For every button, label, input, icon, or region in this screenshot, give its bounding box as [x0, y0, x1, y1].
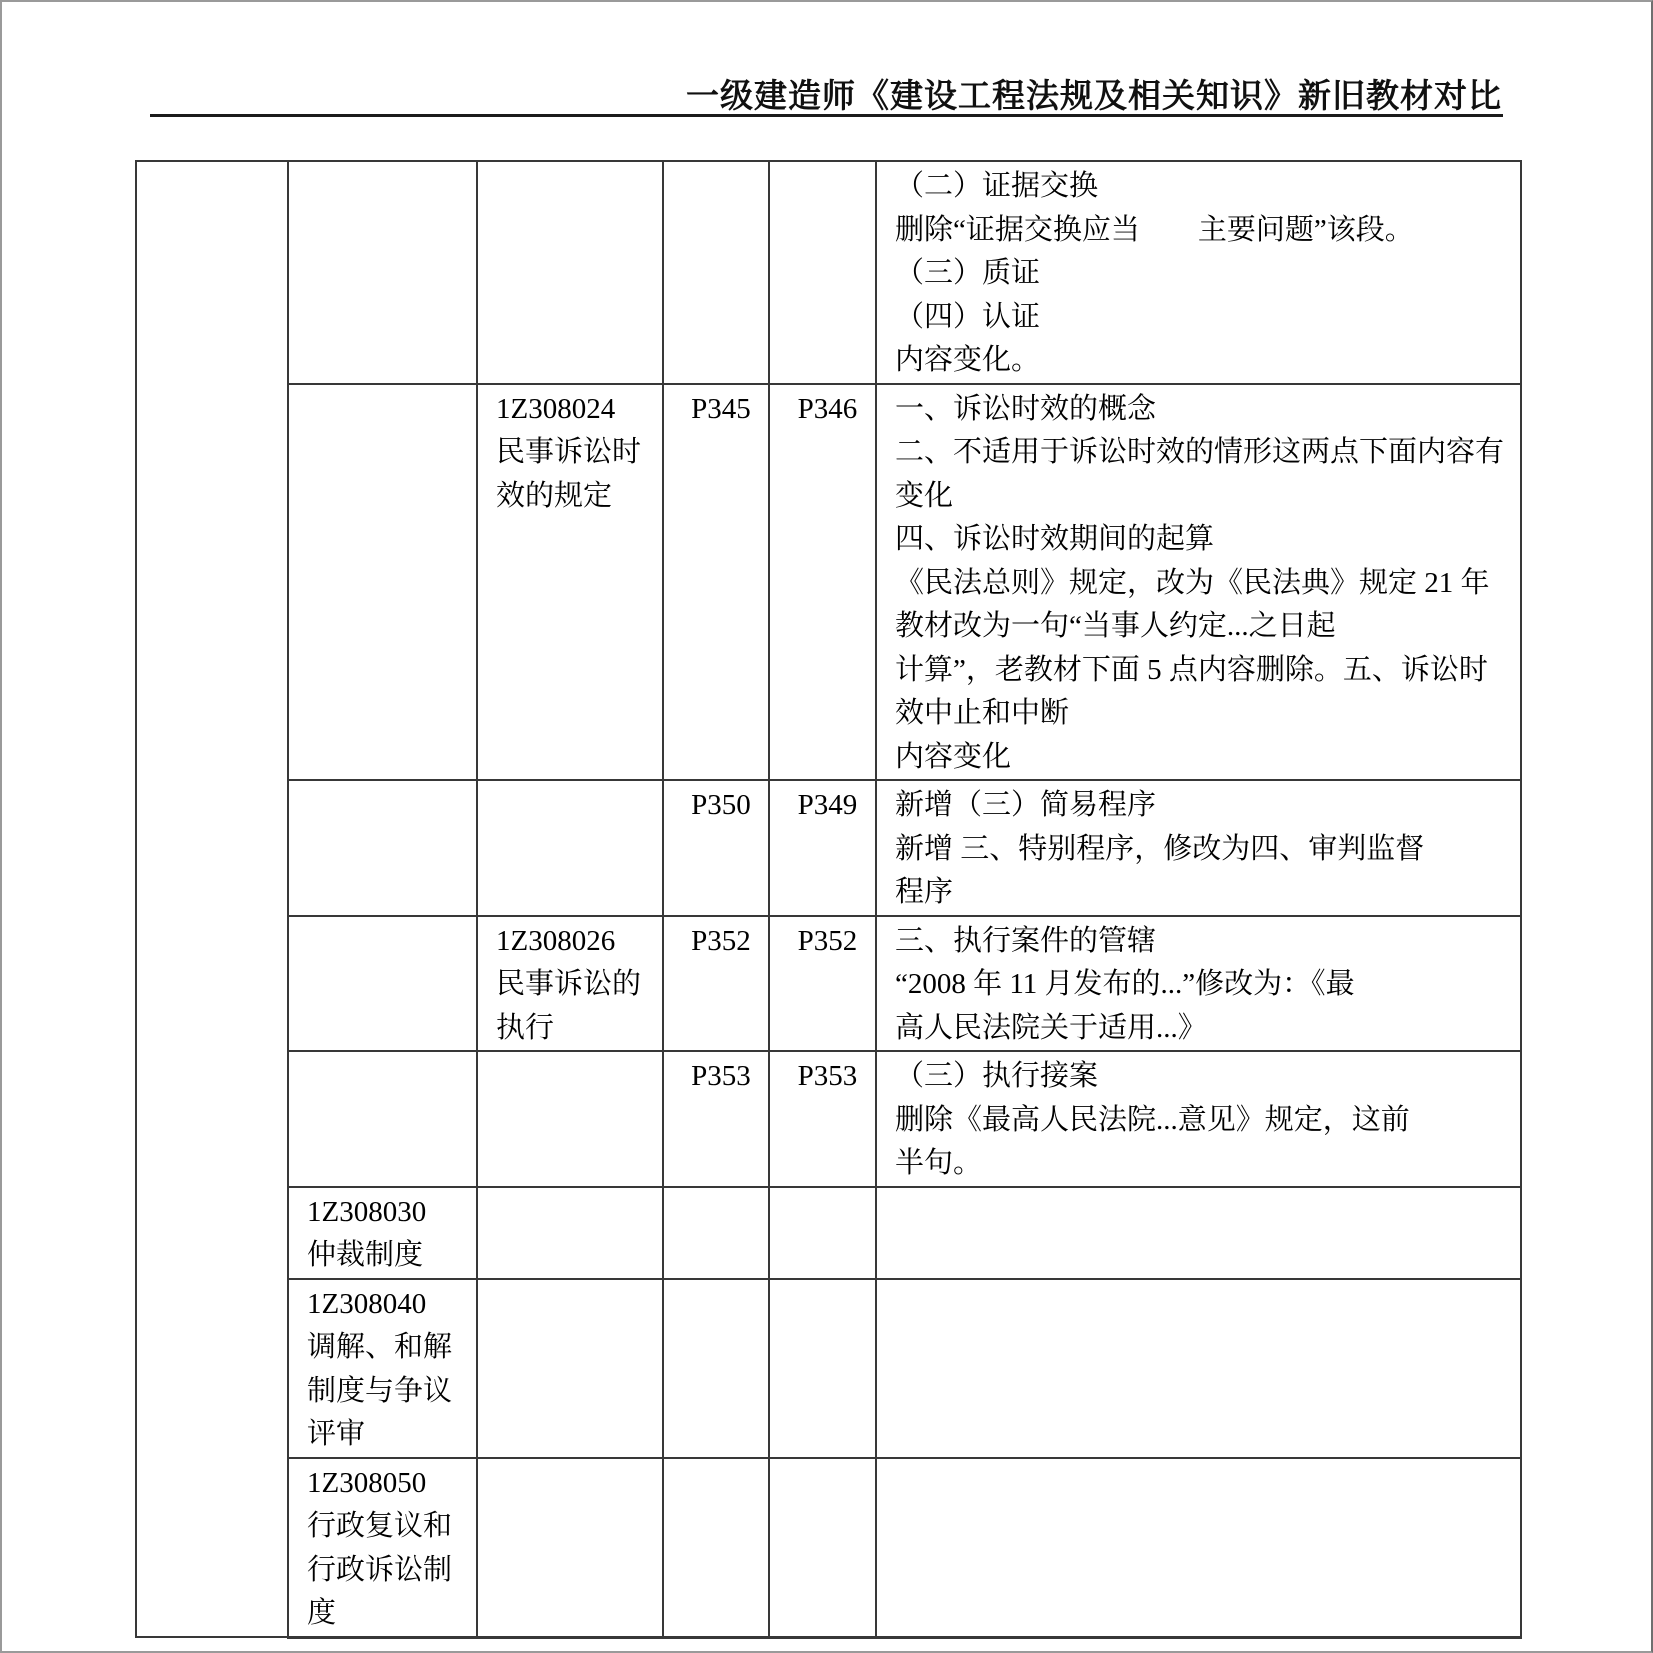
old-page-cell: [663, 1279, 769, 1458]
section-cell: 1Z308030 仲裁制度: [288, 1187, 477, 1279]
changes-cell: 一、诉讼时效的概念 二、不适用于诉讼时效的情形这两点下面内容有 变化 四、诉讼时…: [876, 384, 1521, 781]
section-cell: [288, 161, 477, 384]
item-cell: [477, 1279, 663, 1458]
item-cell: [477, 161, 663, 384]
old-page-cell: [663, 161, 769, 384]
table-row: P350 P349 新增（三）简易程序 新增 三、特别程序，修改为四、审判监督 …: [136, 780, 1521, 916]
changes-cell: [876, 1279, 1521, 1458]
new-page-cell: [769, 161, 876, 384]
section-cell: [288, 384, 477, 781]
item-cell: [477, 1187, 663, 1279]
new-page-cell: P352: [769, 916, 876, 1052]
header-rule: [150, 114, 1503, 117]
new-page-cell: P349: [769, 780, 876, 916]
changes-cell: [876, 1187, 1521, 1279]
table-row: P353 P353 （三）执行接案 删除《最高人民法院...意见》规定，这前 半…: [136, 1051, 1521, 1187]
old-page-cell: P350: [663, 780, 769, 916]
table-row: （二）证据交换 删除“证据交换应当 主要问题”该段。 （三）质证 （四）认证 内…: [136, 161, 1521, 384]
section-cell: [288, 1051, 477, 1187]
table-row: 1Z308030 仲裁制度: [136, 1187, 1521, 1279]
changes-cell: 三、执行案件的管辖 “2008 年 11 月发布的...”修改为：《最 高人民法…: [876, 916, 1521, 1052]
old-page-cell: P352: [663, 916, 769, 1052]
section-cell: [288, 916, 477, 1052]
new-page-cell: P353: [769, 1051, 876, 1187]
item-cell: 1Z308024 民事诉讼时 效的规定: [477, 384, 663, 781]
item-cell: [477, 1458, 663, 1638]
page-title: 一级建造师《建设工程法规及相关知识》新旧教材对比: [686, 70, 1502, 117]
old-page-cell: [663, 1187, 769, 1279]
new-page-cell: [769, 1187, 876, 1279]
old-page-cell: P353: [663, 1051, 769, 1187]
old-page-cell: P345: [663, 384, 769, 781]
section-cell: 1Z308050 行政复议和 行政诉讼制 度: [288, 1458, 477, 1638]
changes-cell: （三）执行接案 删除《最高人民法院...意见》规定，这前 半句。: [876, 1051, 1521, 1187]
section-cell: 1Z308040 调解、和解 制度与争议 评审: [288, 1279, 477, 1458]
old-page-cell: [663, 1458, 769, 1638]
item-cell: 1Z308026 民事诉讼的 执行: [477, 916, 663, 1052]
section-cell: [288, 780, 477, 916]
changes-cell: （二）证据交换 删除“证据交换应当 主要问题”该段。 （三）质证 （四）认证 内…: [876, 161, 1521, 384]
new-page-cell: [769, 1279, 876, 1458]
chapter-cell: [136, 161, 288, 1637]
item-cell: [477, 780, 663, 916]
table-row: 1Z308040 调解、和解 制度与争议 评审: [136, 1279, 1521, 1458]
item-cell: [477, 1051, 663, 1187]
changes-cell: 新增（三）简易程序 新增 三、特别程序，修改为四、审判监督 程序: [876, 780, 1521, 916]
table-row: 1Z308026 民事诉讼的 执行 P352 P352 三、执行案件的管辖 “2…: [136, 916, 1521, 1052]
table-row: 1Z308024 民事诉讼时 效的规定 P345 P346 一、诉讼时效的概念 …: [136, 384, 1521, 781]
new-page-cell: P346: [769, 384, 876, 781]
table-row: 1Z308050 行政复议和 行政诉讼制 度: [136, 1458, 1521, 1638]
changes-cell: [876, 1458, 1521, 1638]
new-page-cell: [769, 1458, 876, 1638]
textbook-comparison-table: （二）证据交换 删除“证据交换应当 主要问题”该段。 （三）质证 （四）认证 内…: [135, 160, 1522, 1639]
